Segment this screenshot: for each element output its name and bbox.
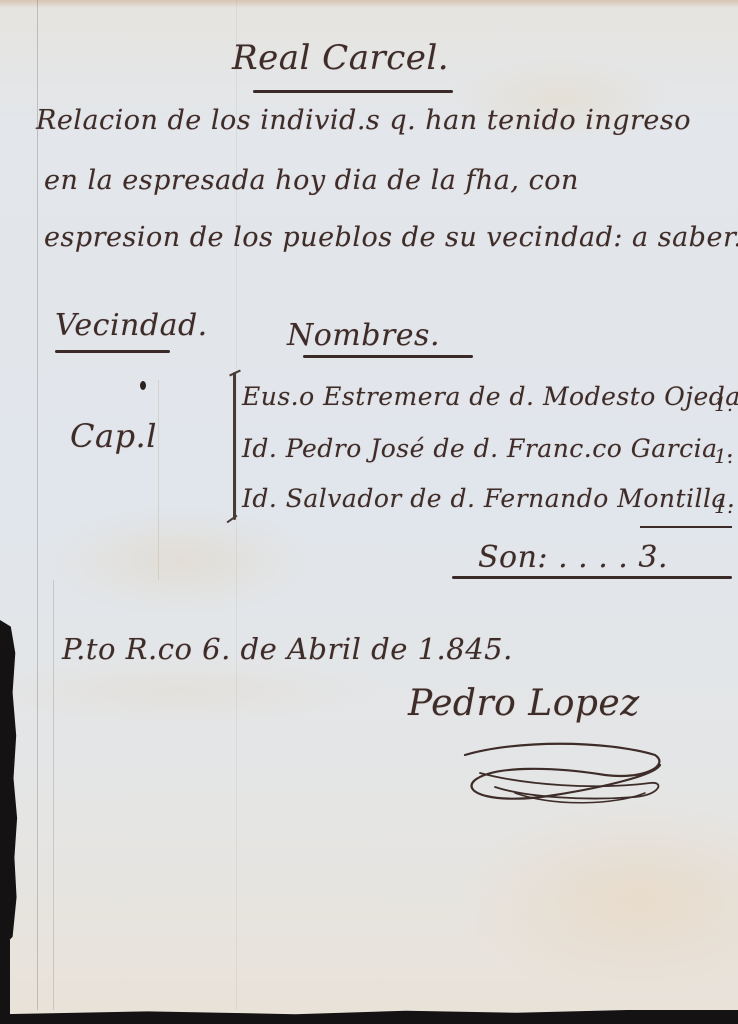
intro-line-3: espresion de los pueblos de su vecindad:… xyxy=(44,222,738,253)
column-header-vecindad: Vecindad. xyxy=(55,308,208,343)
paper-top-edge xyxy=(0,0,738,8)
grouping-bracket xyxy=(233,372,236,520)
signature: Pedro Lopez xyxy=(408,683,640,724)
title-underline xyxy=(253,90,453,93)
table-row-name: Eus.o Estremera de d. Modesto Ojeda . . … xyxy=(242,382,738,411)
intro-line-2: en la espresada hoy dia de la fha, con xyxy=(44,165,579,196)
table-row-count: 1. xyxy=(714,392,733,416)
scan-background-edge xyxy=(0,940,10,1024)
table-row-count: 1. xyxy=(714,494,733,518)
fold-crease xyxy=(236,0,237,1010)
header-underline xyxy=(55,350,170,353)
margin-rule xyxy=(53,580,54,1010)
table-row-count: 1. xyxy=(714,444,733,468)
date-line: P.to R.co 6. de Abril de 1.845. xyxy=(62,632,513,666)
total-underline xyxy=(452,576,732,579)
vecindad-cell: Cap.l xyxy=(70,417,157,455)
column-header-nombres: Nombres. xyxy=(287,318,440,353)
signature-rubric-flourish xyxy=(455,735,670,810)
scan-background-edge xyxy=(0,1010,738,1024)
table-row-name: Id. Pedro José de d. Franc.co Garcia . . xyxy=(242,434,738,463)
total-line: Son: . . . . 3. xyxy=(478,540,668,575)
scan-background-edge xyxy=(0,620,18,950)
document-page: Real Carcel. Relacion de los individ.s q… xyxy=(0,0,738,1024)
fold-crease xyxy=(158,380,159,580)
ink-dot xyxy=(140,381,146,390)
margin-rule xyxy=(37,0,38,1010)
document-title: Real Carcel. xyxy=(232,38,449,78)
sum-rule xyxy=(640,526,732,528)
table-row-name: Id. Salvador de d. Fernando Montilla. xyxy=(242,484,735,513)
intro-line-1: Relacion de los individ.s q. han tenido … xyxy=(36,105,691,136)
header-underline xyxy=(303,355,473,358)
